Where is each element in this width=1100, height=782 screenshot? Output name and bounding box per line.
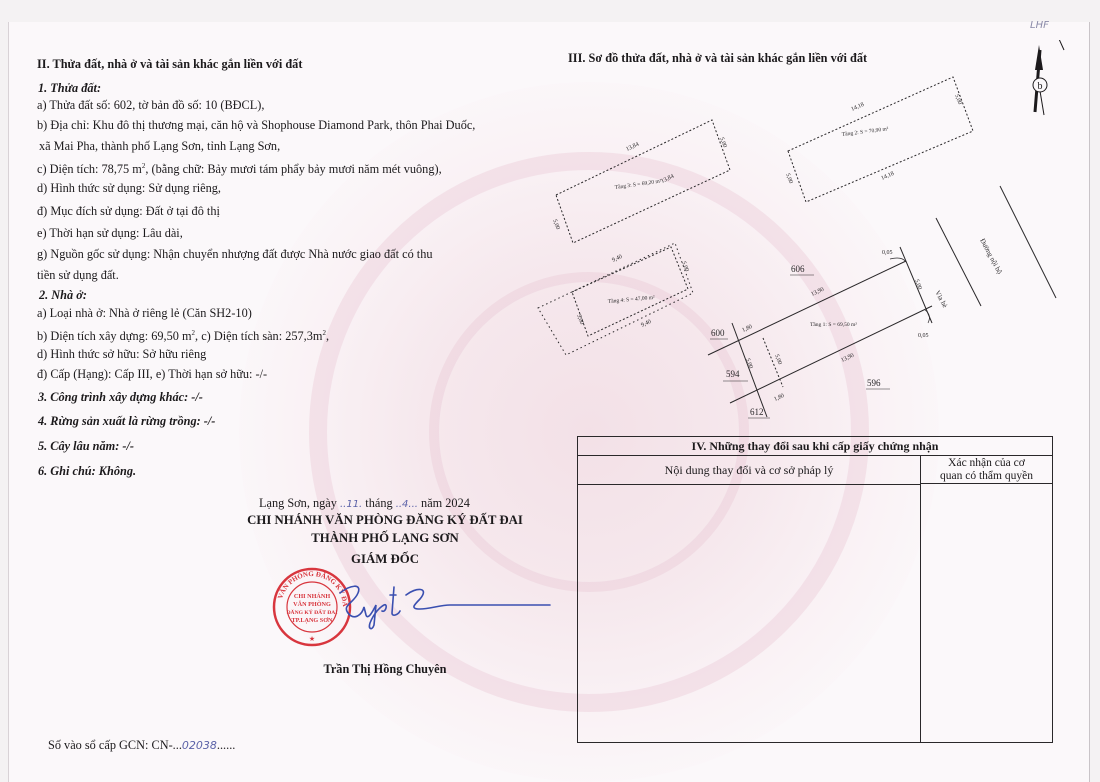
registry-dots: ...... [217, 738, 235, 752]
registry-label: Số vào sổ cấp GCN: CN- [48, 738, 173, 752]
land-origin-line2: tiền sử dụng đất. [37, 267, 119, 283]
floor3-outline: 13,84 13,84 5,00 5,00 Tầng 3: S = 69,20 … [551, 120, 730, 243]
neighbor-612: 612 [750, 407, 764, 417]
house-heading: 2. Nhà ở: [39, 287, 87, 303]
floor2-area-label: Tầng 2: S = 70,90 m² [841, 125, 889, 138]
land-use-purpose: đ) Mục đích sử dụng: Đất ở tại đô thị [37, 203, 220, 219]
date-month: ..4... [396, 499, 418, 510]
floor1-top-margin: 0,05 [882, 250, 893, 256]
stamp-star-icon: ★ [309, 635, 315, 643]
stamp-inner-line4: TP.LẠNG SƠN [291, 617, 333, 624]
floor-area: , c) Diện tích sàn: 257,3m [195, 329, 322, 343]
floor1-area-label: Tầng 1: S = 69,50 m² [810, 321, 857, 328]
neighbor-606: 606 [791, 264, 805, 274]
floor4-outline: 9,40 9,40 5,00 5,00 Tầng 4: S = 47,00 m² [538, 243, 693, 355]
signer-name: Trần Thị Hồng Chuyên [220, 661, 550, 677]
north-arrow-icon: b [530, 40, 1070, 115]
note: 6. Ghi chú: Không. [38, 463, 136, 479]
registry-dots: ... [173, 738, 182, 752]
date-month-label: tháng [362, 496, 395, 510]
land-address-line1: b) Địa chỉ: Khu đô thị thương mại, căn h… [37, 117, 475, 133]
stamp-and-signature: CHI NHÁNH VĂN PHÒNG ĐĂNG KÝ ĐẤT ĐAI TP.L… [270, 565, 570, 665]
floor2-top-length: 14,18 [850, 102, 865, 113]
stamp-inner-line3: ĐĂNG KÝ ĐẤT ĐAI [286, 608, 337, 616]
floor4-area-label: Tầng 4: S = 47,00 m² [608, 294, 656, 305]
registry-number: Số vào sổ cấp GCN: CN-...02038...... [48, 737, 235, 754]
section2-heading: II. Thửa đất, nhà ở và tài sản khác gắn … [37, 56, 302, 72]
floor4-top-length: 9,40 [611, 254, 623, 264]
building-area: b) Diện tích xây dựng: 69,50 m [37, 329, 192, 343]
house-area: b) Diện tích xây dựng: 69,50 m2, c) Diện… [37, 325, 329, 344]
land-address-line2: xã Mai Pha, thành phố Lạng Sơn, tỉnh Lạn… [39, 138, 280, 154]
floor1-bottom-length: 13,90 [840, 353, 855, 364]
land-parcel-number: a) Thửa đất số: 602, tờ bản đồ số: 10 (B… [37, 97, 264, 113]
floor2-right-width: 5,00 [953, 94, 962, 106]
official-stamp: CHI NHÁNH VĂN PHÒNG ĐĂNG KÝ ĐẤT ĐAI TP.L… [270, 565, 350, 645]
column-header-changes: Nội dung thay đổi và cơ sở pháp lý [578, 456, 920, 485]
production-forest: 4. Rừng sản xuất là rừng trồng: -/- [38, 413, 215, 429]
date-prefix: Lạng Sơn, ngày [259, 496, 340, 510]
stamp-inner-line2: VĂN PHÒNG [293, 600, 331, 608]
floor3-top-length: 13,84 [625, 142, 640, 153]
floor2-outline: 14,18 14,18 5,00 5,00 Tầng 2: S = 70,90 … [784, 77, 973, 202]
land-area-value: c) Diện tích: 78,75 m [37, 162, 142, 176]
land-use-form: d) Hình thức sử dụng: Sử dụng riêng, [37, 180, 221, 196]
floor4-left-width: 5,00 [575, 314, 584, 326]
handwritten-signature [340, 586, 550, 628]
floor1-bottom-offset: 1,80 [773, 393, 785, 403]
confirmation-cell [921, 485, 1052, 742]
road-edge [1000, 186, 1056, 298]
perennial-trees: 5. Cây lâu năm: -/- [38, 438, 134, 454]
floor1-top-length: 13,90 [810, 287, 825, 298]
north-label: b [1038, 81, 1043, 92]
date-year: năm 2024 [418, 496, 470, 510]
stamp-inner-line1: CHI NHÁNH [294, 592, 330, 600]
floor1-front-width: 5,00 [913, 279, 922, 291]
column-header-confirmation: Xác nhận của cơ quan có thẩm quyền [921, 456, 1052, 484]
floor1-bottom-margin: 0,05 [918, 333, 929, 339]
issue-date: Lạng Sơn, ngày ..11. tháng ..4... năm 20… [259, 495, 470, 513]
floor3-bottom-length: 13,84 [660, 174, 675, 185]
neighbor-594: 594 [726, 369, 740, 379]
changes-cell [578, 485, 920, 742]
land-area: c) Diện tích: 78,75 m2, (bằng chữ: Bảy m… [37, 158, 442, 177]
house-grade: đ) Cấp (Hạng): Cấp III, e) Thời hạn sở h… [37, 366, 267, 382]
floor1-back-width: 5,00 [744, 358, 753, 370]
changes-table: IV. Những thay đổi sau khi cấp giấy chứn… [577, 436, 1053, 743]
other-works: 3. Công trình xây dựng khác: -/- [38, 389, 203, 405]
floor1-inner-width: 5,00 [773, 354, 782, 366]
floor3-left-width: 5,00 [551, 219, 560, 231]
parcel-diagram: b 13,84 13,84 5,00 5,00 Tầng 3: S = 69,2… [530, 40, 1070, 440]
section4-heading: IV. Những thay đổi sau khi cấp giấy chứn… [578, 437, 1052, 456]
floor2-bottom-length: 14,18 [880, 171, 895, 182]
date-day: ..11. [340, 499, 362, 510]
land-heading: 1. Thửa đất: [38, 80, 101, 96]
floor1-parcel: 13,90 13,90 5,00 5,00 5,00 1,80 1,80 0,0… [708, 247, 932, 417]
floor1-top-offset: 1,80 [741, 324, 753, 334]
floor3-right-width: 5,00 [718, 137, 727, 149]
land-use-term: e) Thời hạn sử dụng: Lâu dài, [37, 225, 183, 241]
floor4-right-width: 5,00 [680, 261, 689, 273]
sidewalk-label: Vỉa hè [933, 289, 949, 309]
neighbor-600: 600 [711, 328, 725, 338]
ownership-form: d) Hình thức sở hữu: Sở hữu riêng [37, 346, 206, 362]
neighbor-596: 596 [867, 378, 881, 388]
house-type: a) Loại nhà ở: Nhà ở riêng lẻ (Căn SH2-1… [37, 305, 252, 321]
registry-value: 02038 [182, 739, 217, 752]
land-area-words: , (bằng chữ: Bảy mươi tám phẩy bảy mươi … [145, 162, 441, 176]
road-label: Đường nội bộ [978, 237, 1004, 276]
floor4-bottom-length: 9,40 [640, 319, 652, 329]
office-name-line2: THÀNH PHỐ LẠNG SƠN [220, 530, 550, 546]
punct: , [326, 329, 329, 343]
corner-handwritten-note: LHF [1030, 18, 1049, 34]
confirmation-header-line2: quan có thẩm quyền [921, 470, 1052, 483]
confirmation-header-line1: Xác nhận của cơ [921, 457, 1052, 470]
floor3-area-label: Tầng 3: S = 69,20 m² [614, 177, 662, 191]
land-origin-line1: g) Nguồn gốc sử dụng: Nhận chuyển nhượng… [37, 246, 433, 262]
floor2-left-width: 5,00 [784, 173, 793, 185]
office-name-line1: CHI NHÁNH VĂN PHÒNG ĐĂNG KÝ ĐẤT ĐAI [220, 512, 550, 528]
